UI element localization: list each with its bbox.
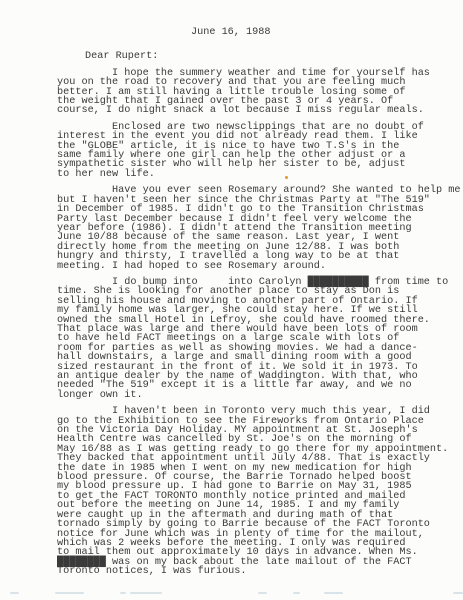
scan-dash <box>258 592 267 594</box>
scan-dash <box>120 592 126 594</box>
letter-salutation: Dear Rupert: <box>85 52 461 61</box>
scan-dash <box>10 592 19 594</box>
letter-paragraph-4-with-redaction: I do bump into into Carolyn ██████████ f… <box>57 278 461 400</box>
scan-dash <box>324 592 343 594</box>
scan-speck <box>285 176 288 179</box>
scan-dash <box>130 592 161 594</box>
letter-page: June 16, 1988 Dear Rupert: I hope the su… <box>0 0 463 600</box>
letter-paragraph-5-with-redaction: I haven't been in Toronto very much this… <box>57 407 461 576</box>
letter-date: June 16, 1988 <box>191 28 461 37</box>
scan-dash <box>293 592 300 594</box>
scan-dash <box>55 592 84 594</box>
scan-artifact-line <box>0 592 463 594</box>
letter-paragraph-1: I hope the summery weather and time for … <box>57 69 461 116</box>
scan-dash <box>453 592 463 594</box>
letter-body: June 16, 1988 Dear Rupert: I hope the su… <box>57 28 461 577</box>
letter-paragraph-3: Have you ever seen Rosemary around? She … <box>57 186 461 271</box>
letter-paragraph-2: Enclosed are two newsclippings that are … <box>57 123 461 179</box>
